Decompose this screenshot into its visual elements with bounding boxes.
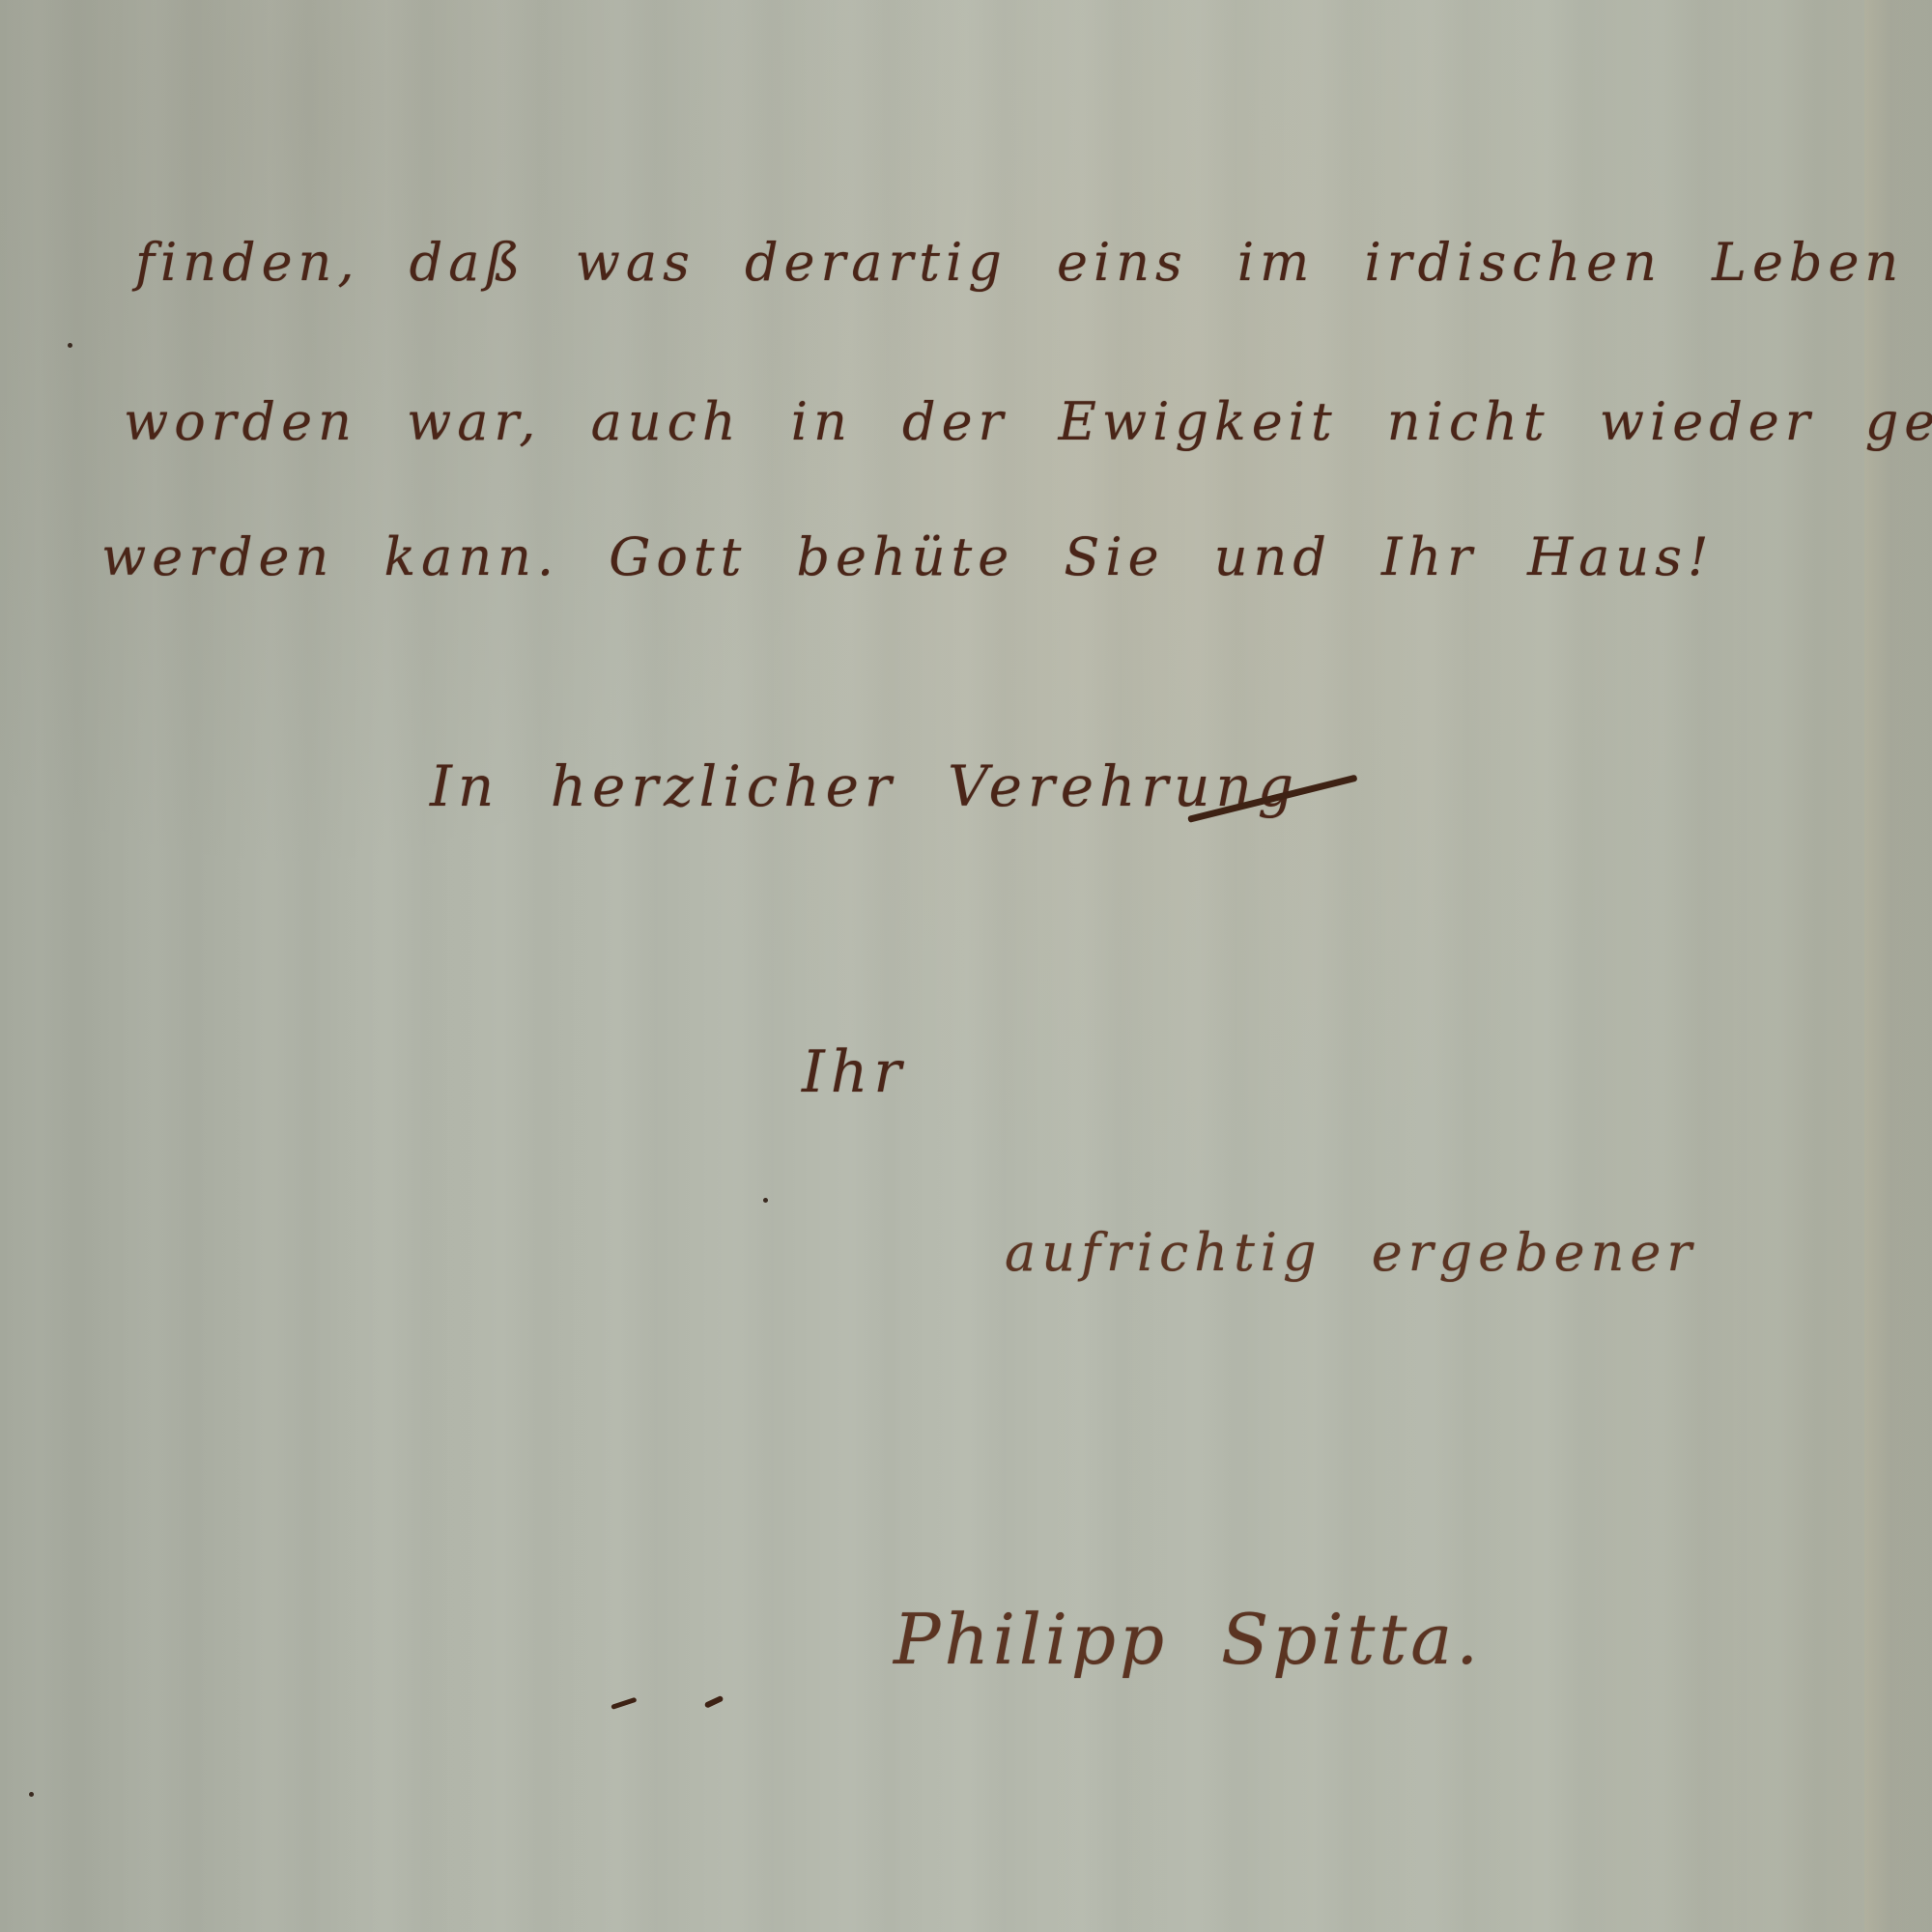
- closing-pronoun: Ihr: [802, 1038, 907, 1106]
- ink-speck: [763, 1198, 768, 1203]
- closing-salutation: In herzlicher Verehrung: [430, 753, 1299, 819]
- body-line-3: werden kann. Gott behüte Sie und Ihr Hau…: [101, 526, 1715, 587]
- body-line-1: finden, daß was derartig eins im irdisch…: [135, 232, 1932, 293]
- body-line-2: worden war, auch in der Ewigkeit nicht w…: [124, 391, 1932, 452]
- letter-page: finden, daß was derartig eins im irdisch…: [0, 0, 1932, 1932]
- ink-speck: [29, 1792, 34, 1797]
- ink-speck: [68, 343, 72, 348]
- closing-valediction: aufrichtig ergebener: [1005, 1222, 1697, 1283]
- signature: Philipp Spitta.: [894, 1599, 1482, 1680]
